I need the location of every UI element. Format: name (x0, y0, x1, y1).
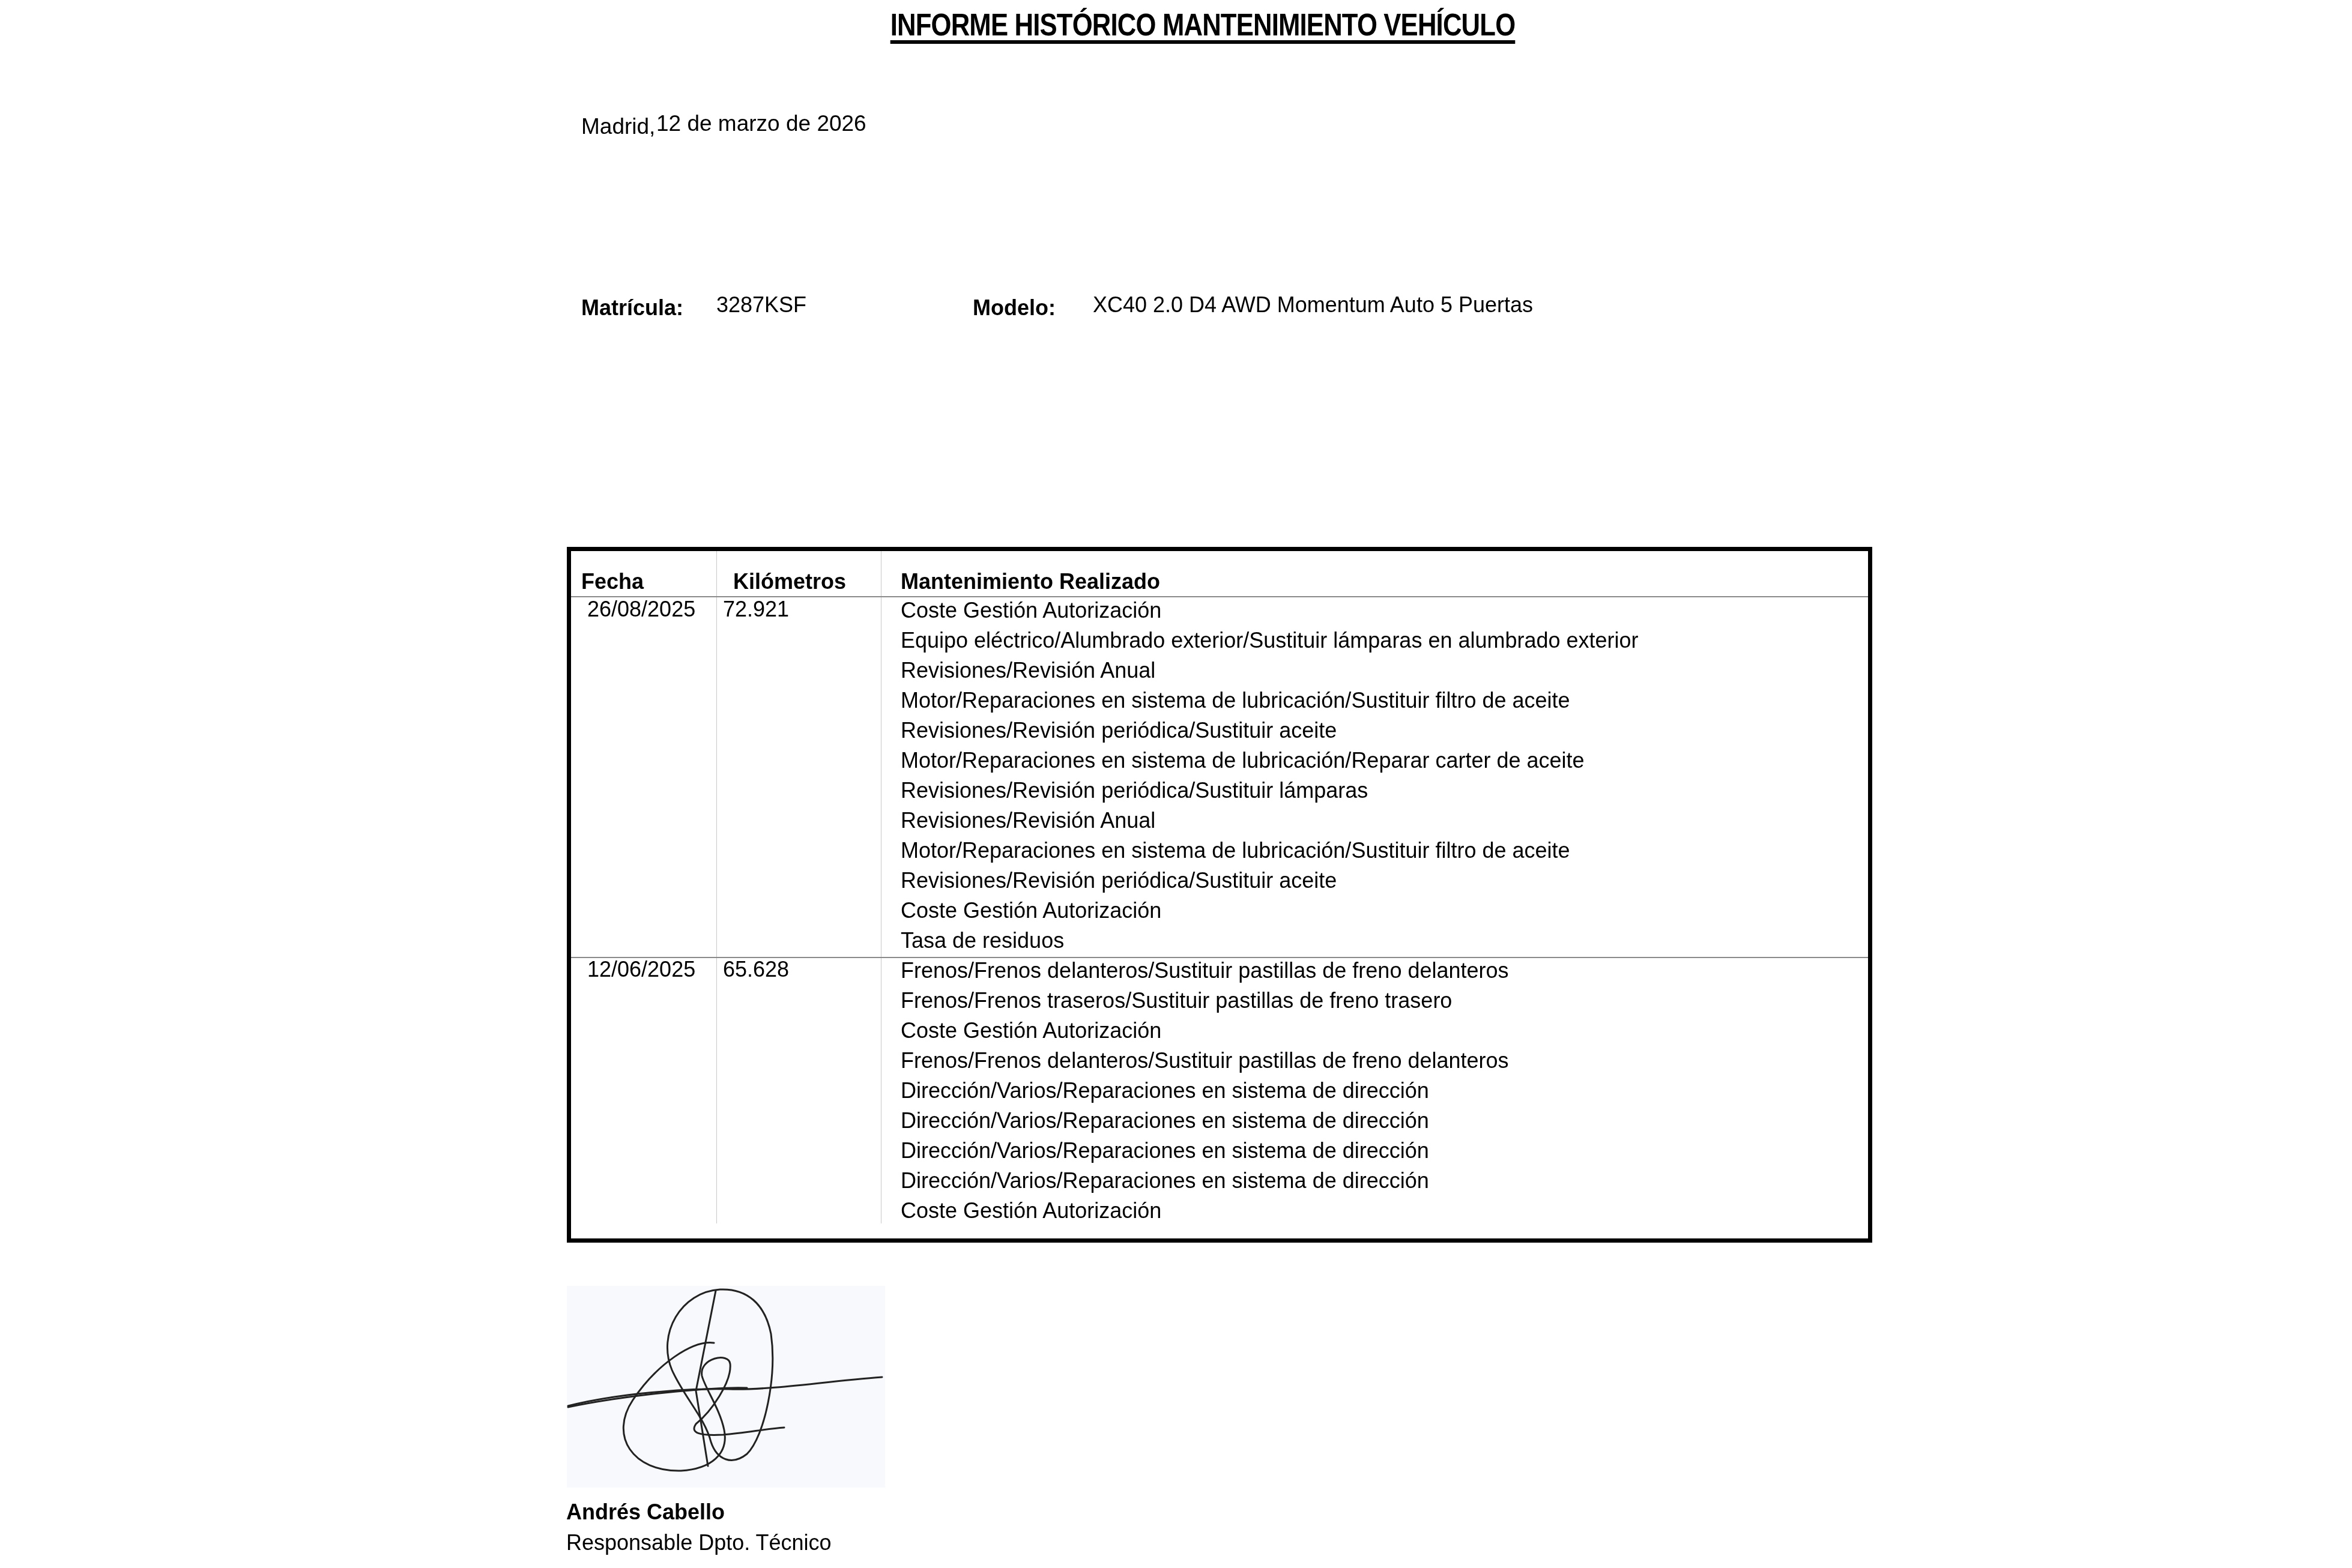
cell-date: 12/06/2025 (587, 954, 695, 985)
page-title-text: INFORME HISTÓRICO MANTENIMIENTO VEHÍCULO (890, 8, 1516, 43)
maintenance-task: Revisiones/Revisión periódica/Sustituir … (901, 866, 1639, 896)
header-date: Fecha (581, 569, 644, 594)
maintenance-task: Motor/Reparaciones en sistema de lubrica… (901, 686, 1639, 716)
maintenance-task: Coste Gestión Autorización (901, 1016, 1509, 1046)
signatory-name: Andrés Cabello (566, 1500, 725, 1525)
maintenance-task: Revisiones/Revisión periódica/Sustituir … (901, 776, 1639, 806)
handwritten-signature-icon (567, 1286, 885, 1488)
model-value: XC40 2.0 D4 AWD Momentum Auto 5 Puertas (1093, 292, 1533, 318)
cell-date: 26/08/2025 (587, 594, 695, 624)
document-date: 12 de marzo de 2026 (656, 111, 866, 136)
maintenance-task: Dirección/Varios/Reparaciones en sistema… (901, 1076, 1509, 1106)
column-divider (716, 551, 717, 1223)
maintenance-task: Coste Gestión Autorización (901, 596, 1639, 626)
header-maintenance: Mantenimiento Realizado (901, 569, 1160, 594)
maintenance-task: Motor/Reparaciones en sistema de lubrica… (901, 746, 1639, 776)
document-place: Madrid, (581, 114, 655, 139)
maintenance-task: Revisiones/Revisión Anual (901, 656, 1639, 686)
maintenance-task: Motor/Reparaciones en sistema de lubrica… (901, 836, 1639, 866)
signature-image (567, 1286, 885, 1488)
page-title: INFORME HISTÓRICO MANTENIMIENTO VEHÍCULO (192, 7, 2213, 43)
maintenance-task: Coste Gestión Autorización (901, 1196, 1509, 1226)
maintenance-task: Equipo eléctrico/Alumbrado exterior/Sust… (901, 626, 1639, 656)
maintenance-task: Dirección/Varios/Reparaciones en sistema… (901, 1106, 1509, 1136)
maintenance-task: Dirección/Varios/Reparaciones en sistema… (901, 1136, 1509, 1166)
maintenance-table: Fecha Kilómetros Mantenimiento Realizado… (567, 547, 1872, 1243)
maintenance-task: Dirección/Varios/Reparaciones en sistema… (901, 1166, 1509, 1196)
maintenance-task: Tasa de residuos (901, 926, 1639, 956)
maintenance-task-list: Frenos/Frenos delanteros/Sustituir pasti… (901, 956, 1509, 1226)
maintenance-task-list: Coste Gestión AutorizaciónEquipo eléctri… (901, 596, 1639, 956)
signatory-role: Responsable Dpto. Técnico (566, 1530, 832, 1555)
model-label: Modelo: (973, 295, 1056, 321)
column-divider (881, 551, 881, 1223)
cell-km: 72.921 (723, 594, 789, 624)
maintenance-task: Revisiones/Revisión Anual (901, 806, 1639, 836)
maintenance-task: Frenos/Frenos traseros/Sustituir pastill… (901, 986, 1509, 1016)
maintenance-task: Revisiones/Revisión periódica/Sustituir … (901, 716, 1639, 746)
cell-km: 65.628 (723, 954, 789, 985)
header-km: Kilómetros (733, 569, 846, 594)
maintenance-task: Coste Gestión Autorización (901, 896, 1639, 926)
maintenance-task: Frenos/Frenos delanteros/Sustituir pasti… (901, 1046, 1509, 1076)
plate-label: Matrícula: (581, 295, 683, 321)
plate-value: 3287KSF (716, 292, 806, 318)
maintenance-task: Frenos/Frenos delanteros/Sustituir pasti… (901, 956, 1509, 986)
